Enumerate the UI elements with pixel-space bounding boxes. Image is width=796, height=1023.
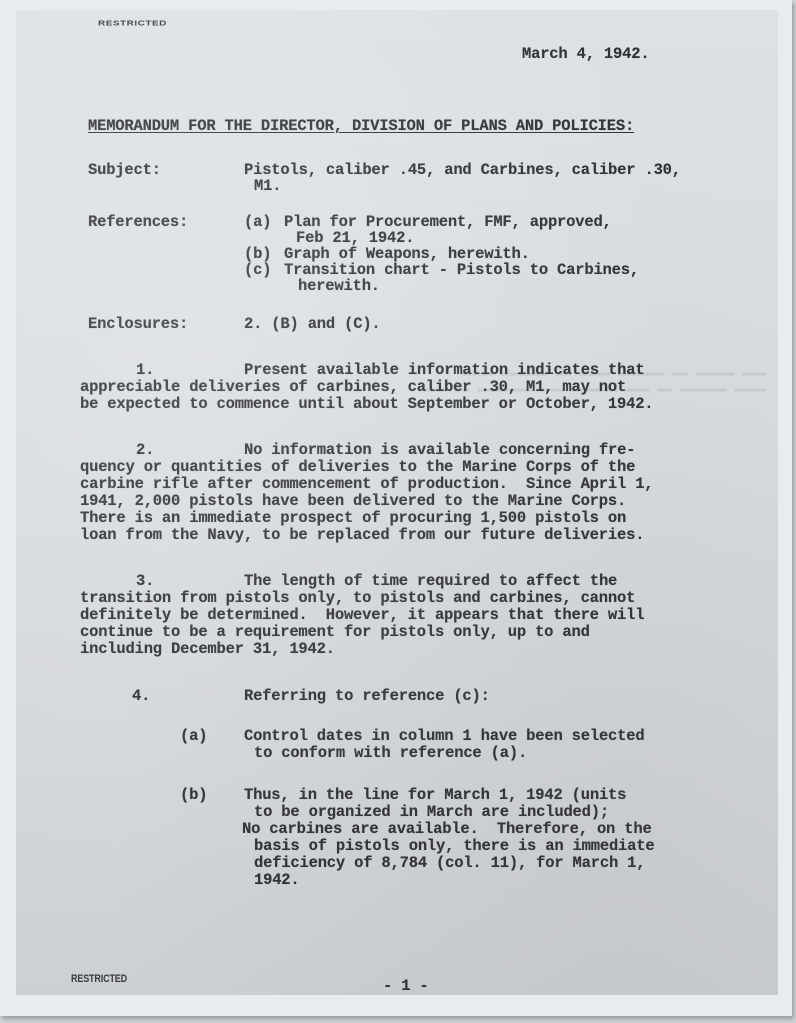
paragraph-4-number: 4.	[132, 688, 150, 705]
subitem-b-line: Thus, in the line for March 1, 1942 (uni…	[244, 787, 626, 804]
paragraph-3-line: transition from pistols only, to pistols…	[80, 590, 635, 607]
reference-c-marker: (c)	[244, 262, 271, 279]
reference-a-marker: (a)	[244, 214, 271, 231]
subject-label: Subject:	[88, 162, 161, 179]
paragraph-1-number: 1.	[136, 362, 154, 379]
enclosures-label: Enclosures:	[88, 316, 188, 333]
classification-stamp-top: RESTRICTED	[98, 20, 167, 28]
paragraph-3-line: definitely be determined. However, it ap…	[80, 607, 644, 624]
subitem-b-line: deficiency of 8,784 (col. 11), for March…	[254, 855, 645, 872]
paragraph-2-line: loan from the Navy, to be replaced from …	[80, 527, 644, 544]
paragraph-2-number: 2.	[136, 442, 154, 459]
paragraph-3-line: continue to be a requirement for pistols…	[80, 624, 590, 641]
references-label: References:	[88, 214, 188, 231]
paragraph-1-line: appreciable deliveries of carbines, cali…	[80, 379, 626, 396]
paragraph-2-line: No information is available concerning f…	[244, 442, 635, 459]
subitem-b-line: 1942.	[254, 872, 300, 889]
subitem-b-line: basis of pistols only, there is an immed…	[254, 838, 654, 855]
page-number: - 1 -	[383, 978, 429, 995]
reference-c-line-2: herewith.	[298, 278, 380, 295]
paragraph-2-line: carbine rifle after commencement of prod…	[80, 476, 653, 493]
paragraph-2-line: There is an immediate prospect of procur…	[80, 510, 626, 527]
paragraph-3-line: The length of time required to affect th…	[244, 573, 617, 590]
paragraph-1-line: be expected to commence until about Sept…	[80, 396, 653, 413]
paragraph-3-number: 3.	[136, 573, 154, 590]
subitem-a-line: Control dates in column 1 have been sele…	[244, 728, 644, 745]
subitem-b-line: No carbines are available. Therefore, on…	[242, 821, 652, 838]
paragraph-1-line: Present available information indicates …	[244, 362, 644, 379]
memo-date: March 4, 1942.	[522, 46, 649, 63]
subitem-b-line: to be organized in March are included);	[254, 804, 609, 821]
paragraph-4-line: Referring to reference (c):	[244, 688, 490, 705]
paragraph-2-line: quency or quantities of deliveries to th…	[80, 459, 635, 476]
enclosures-value: 2. (B) and (C).	[244, 316, 381, 333]
photocopy-area: ▬▬▬ ▬▬▬▬▬ ▬▬ ▬▬▬▬▬▬ ▬▬▬▬ ▬▬ ▬▬▬▬▬▬ ▬▬▬▬ …	[16, 10, 778, 995]
paragraph-2-line: 1941, 2,000 pistols have been delivered …	[80, 493, 626, 510]
subitem-b-marker: (b)	[180, 787, 207, 804]
memo-title: MEMORANDUM FOR THE DIRECTOR, DIVISION OF…	[88, 118, 634, 135]
subitem-a-marker: (a)	[180, 728, 207, 745]
subitem-a-line: to conform with reference (a).	[254, 745, 527, 762]
classification-stamp-bottom: RESTRICTED	[71, 973, 127, 985]
subject-line-1: Pistols, caliber .45, and Carbines, cali…	[244, 162, 681, 179]
document-page: ▬▬▬ ▬▬▬▬▬ ▬▬ ▬▬▬▬▬▬ ▬▬▬▬ ▬▬ ▬▬▬▬▬▬ ▬▬▬▬ …	[0, 0, 792, 1016]
paragraph-3-line: including December 31, 1942.	[80, 641, 335, 658]
subject-line-2: M1.	[254, 178, 281, 195]
